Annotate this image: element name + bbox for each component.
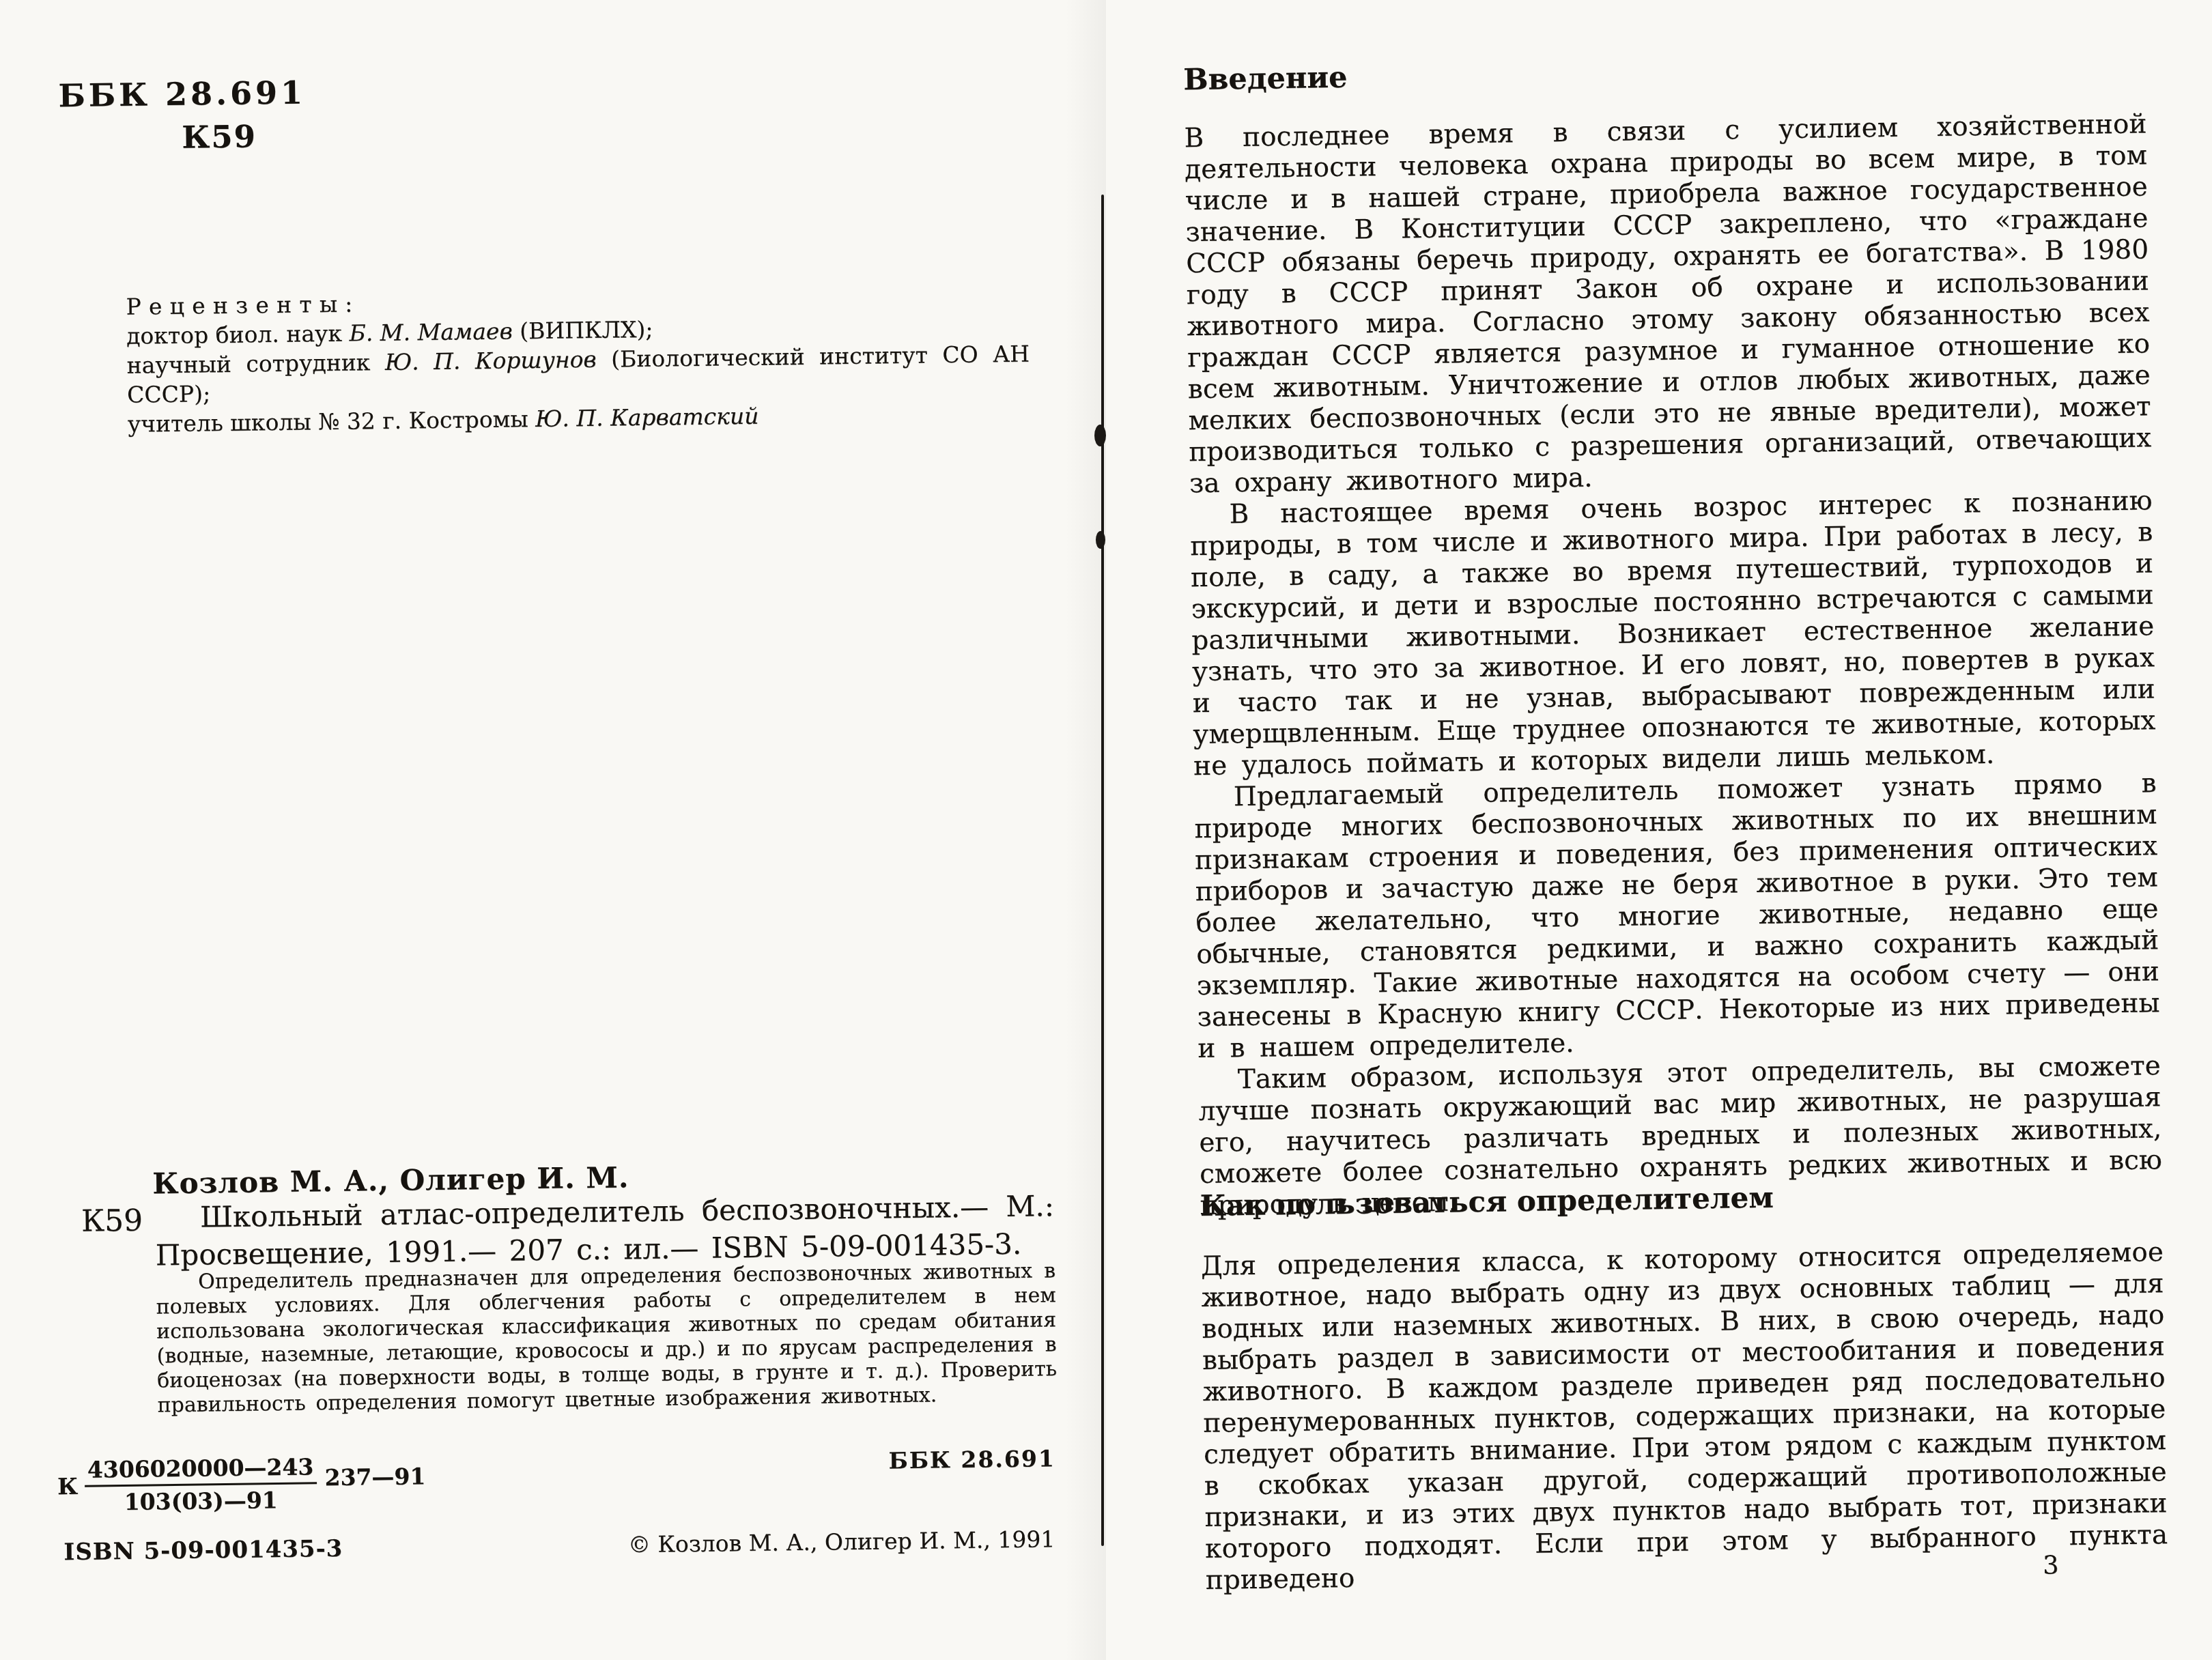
usage-section: Для определения класса, к которому относ… [1201,1237,2168,1597]
bbk-classification-block: ББК 28.691 К59 [58,74,307,157]
catalog-fraction: 4306020000—243 103(03)—91 [85,1453,317,1515]
bbk-code-bottom: ББК 28.691 [888,1445,1055,1474]
intro-paragraph: Предлагаемый определитель поможет узнать… [1193,768,2160,1065]
fraction-denominator: 103(03)—91 [124,1485,277,1515]
right-page-content: Введение В последнее время в связи с уси… [1093,0,2212,1660]
author-sign-code-top: К59 [59,117,307,157]
introduction-heading: Введение [1183,61,1348,98]
catalog-entry-code: К59 [81,1203,143,1239]
intro-paragraph: В настоящее время очень возрос интерес к… [1189,485,2156,782]
isbn-row: ISBN 5-09-001435-3 © Козлов М. А., Олиге… [63,1526,1055,1566]
left-page-content: ББК 28.691 К59 Рецензенты: доктор биол. … [0,0,1116,1660]
reviewers-block: Рецензенты: доктор биол. наук Б. М. Мама… [126,281,1030,439]
catalog-suffix: 237—91 [324,1463,425,1491]
introduction-section: В последнее время в связи с усилием хозя… [1184,109,2163,1222]
fraction-numerator: 4306020000—243 [85,1453,317,1487]
isbn-text: ISBN 5-09-001435-3 [63,1535,343,1566]
left-page: ББК 28.691 К59 Рецензенты: доктор биол. … [0,0,1106,1660]
right-page: Введение В последнее время в связи с уси… [1106,0,2212,1660]
intro-paragraph: В последнее время в связи с усилием хозя… [1184,109,2152,500]
reviewer-affiliation: (Биологический институт СО АН [596,341,1030,373]
bbk-code-top: ББК 28.691 [58,74,306,114]
reviewer-affiliation-continued: СССР); [127,380,210,408]
reviewer-title: доктор биол. наук [126,320,350,349]
usage-paragraph: Для определения класса, к которому относ… [1201,1237,2168,1597]
catalog-prefix: К [57,1473,79,1500]
annotation-text: Определитель предназначен для определени… [156,1259,1058,1418]
reviewer-name: Ю. П. Коршунов [385,346,597,375]
reviewer-title: научный сотрудник [126,349,385,379]
book-spread: ББК 28.691 К59 Рецензенты: доктор биол. … [0,0,2212,1660]
reviewer-affiliation: (ВИПКЛХ); [512,316,653,345]
reviewer-title: учитель школы № 32 г. Костромы [128,405,536,438]
reviewer-name: Б. М. Мамаев [349,317,513,346]
copyright-text: © Козлов М. А., Олигер И. М., 1991 [628,1526,1055,1558]
catalog-number-row: К 4306020000—243 103(03)—91 237—91 ББК 2… [57,1444,1056,1516]
reviewer-name: Ю. П. Карватский [535,403,759,432]
